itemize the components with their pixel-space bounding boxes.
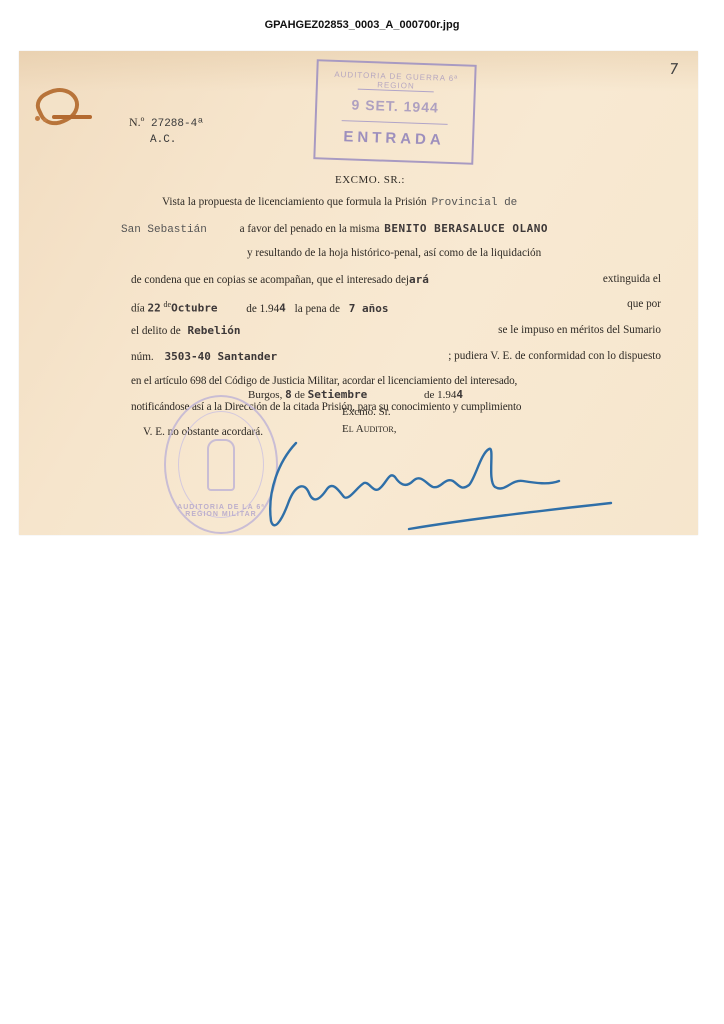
document-page: 7 N.º 27288-4ª A.C. AUDITORIA DE GUERRA …: [19, 51, 698, 535]
body-line: San Sebastián a favor del penado en la m…: [131, 216, 661, 242]
typed-verb: ará: [409, 273, 429, 286]
typed-prison: Provincial de: [431, 197, 517, 209]
reference-label: N.º: [129, 115, 144, 129]
body-text-segment: de: [164, 300, 172, 309]
body-text-segment: de 1.94: [424, 389, 456, 401]
rust-stain-dot: [35, 116, 40, 121]
typed-day: 22: [147, 302, 160, 315]
closing-excmo: Excmo. Sr.: [248, 404, 463, 422]
stamp-header: AUDITORIA DE GUERRA 6ª REGION: [326, 70, 467, 93]
page-number: 7: [668, 60, 680, 78]
body-text-segment: ; pudiera V. E. de conformidad con lo di…: [448, 344, 661, 370]
body-line: el delito de Rebelión se le impuso en mé…: [131, 318, 661, 344]
body-text-segment: núm.: [131, 351, 154, 363]
stamp-date: 9 SET. 1944: [317, 95, 473, 116]
body-line: de condena que en copias se acompañan, q…: [131, 267, 661, 293]
body-text-segment: extinguida el: [603, 267, 661, 293]
body-text-segment: la pena de: [295, 303, 340, 315]
body-line: núm. 3503-40 Santander ; pudiera V. E. d…: [131, 344, 661, 370]
rust-stain: [31, 81, 84, 131]
reference-value: 27288-4ª: [151, 118, 204, 130]
typed-closing-year-digit: 4: [456, 388, 463, 401]
body-text-segment: de: [294, 389, 304, 401]
body-text-segment: el delito de: [131, 325, 181, 337]
rust-stain-dot: [43, 118, 47, 122]
typed-closing-day: 8: [285, 388, 292, 401]
typed-year-digit: 4: [279, 302, 286, 315]
salutation: EXCMO. SR.:: [335, 174, 405, 186]
closing-date: Burgos, 8 de Setiembre de 1.944: [248, 386, 463, 404]
body-text-segment: se le impuso en méritos del Sumario: [498, 318, 661, 344]
typed-inmate-name: BENITO BERASALUCE OLANO: [384, 222, 548, 235]
stamp-rule: [342, 120, 448, 125]
stamp-word: ENTRADA: [316, 127, 472, 149]
signature: [249, 431, 629, 535]
body-text-segment: a favor del penado en la misma: [240, 223, 380, 235]
typed-closing-month: Setiembre: [308, 388, 368, 401]
body-line: Vista la propuesta de licenciamiento que…: [131, 190, 661, 216]
body-text-segment: de 1.94: [246, 303, 279, 315]
body-line: día 22 deOctubre de 1.944 la pena de 7 a…: [131, 292, 661, 318]
body-text-segment: que por: [627, 292, 661, 318]
body-text-segment: y resultando de la hoja histórico-penal,…: [131, 247, 541, 259]
body-text-segment: de condena que en copias se acompañan, q…: [131, 274, 409, 286]
body-text-segment: Vista la propuesta de licenciamiento que…: [131, 196, 427, 208]
body-text-segment: día: [131, 303, 145, 315]
file-title: GPAHGEZ02853_0003_A_000700r.jpg: [0, 19, 724, 31]
rust-stain-line: [52, 115, 92, 119]
typed-crime: Rebelión: [188, 324, 241, 337]
typed-sentence: 7 años: [349, 302, 389, 315]
typed-month: Octubre: [171, 302, 217, 315]
reference-number: N.º 27288-4ª: [129, 115, 204, 130]
seal-emblem-icon: [207, 439, 235, 491]
closing-place: Burgos,: [248, 389, 282, 401]
typed-case-number: 3503-40 Santander: [164, 350, 277, 363]
reference-sub: A.C.: [150, 134, 176, 146]
body-line: y resultando de la hoja histórico-penal,…: [131, 241, 661, 267]
entrada-stamp: AUDITORIA DE GUERRA 6ª REGION 9 SET. 194…: [313, 59, 476, 165]
typed-city: San Sebastián: [121, 224, 207, 236]
